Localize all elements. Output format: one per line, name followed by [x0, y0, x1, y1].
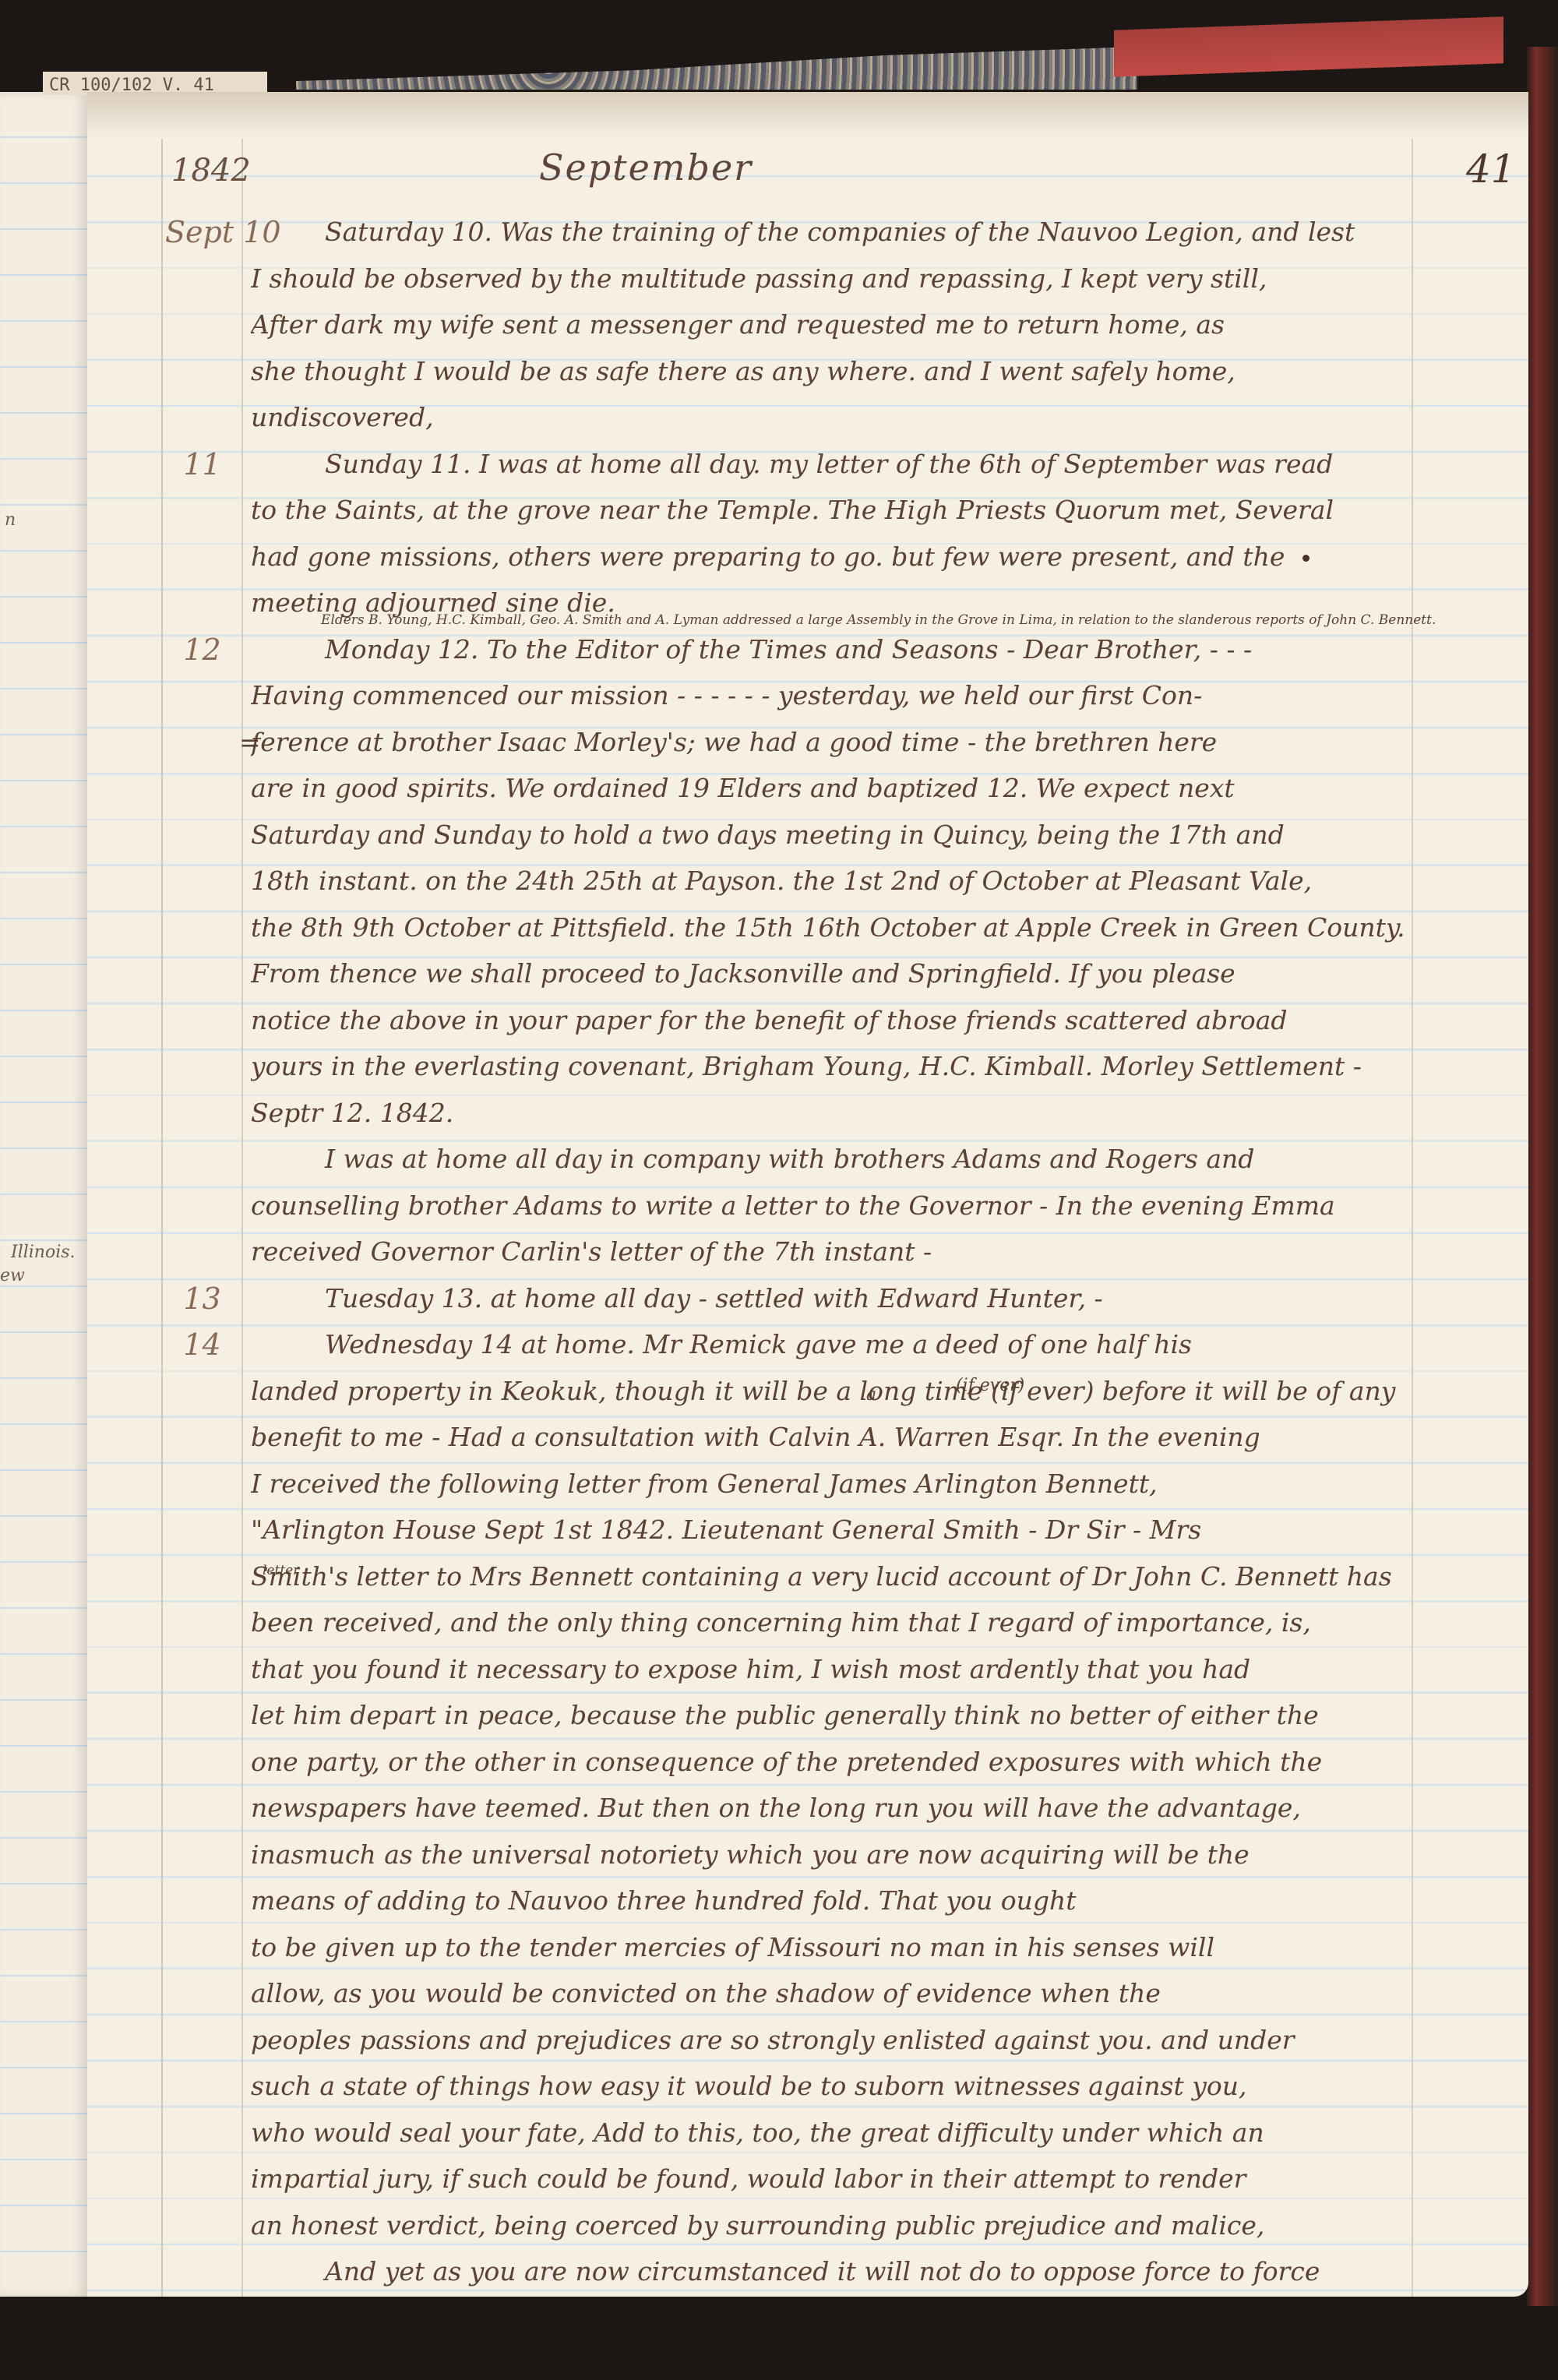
- journal-line: landed property in Keokuk, though it wil…: [87, 1372, 1528, 1419]
- left-page-note: n: [5, 510, 16, 530]
- line-text: allow, as you would be convicted on the …: [251, 1974, 1404, 2013]
- journal-line: "Arlington House Sept 1st 1842. Lieutena…: [87, 1511, 1528, 1557]
- header-month: September: [539, 146, 753, 189]
- journal-line: counselling brother Adams to write a let…: [87, 1186, 1528, 1233]
- line-text: peoples passions and prejudices are so s…: [251, 2021, 1404, 2060]
- line-text: ference at brother Isaac Morley's; we ha…: [251, 723, 1404, 762]
- journal-line: who would seal your fate, Add to this, t…: [87, 2114, 1528, 2160]
- journal-line: I should be observed by the multitude pa…: [87, 259, 1528, 306]
- line-text: impartial jury, if such could be found, …: [251, 2160, 1404, 2198]
- journal-line: Smith's letter to Mrs Bennett containing…: [87, 1557, 1528, 1604]
- interlinear-insert-if-ever: (if ever): [956, 1376, 1024, 1395]
- line-text: Tuesday 13. at home all day - settled wi…: [251, 1279, 1404, 1318]
- journal-line: means of adding to Nauvoo three hundred …: [87, 1881, 1528, 1928]
- journal-line: received Governor Carlin's letter of the…: [87, 1232, 1528, 1279]
- journal-line: After dark my wife sent a messenger and …: [87, 305, 1528, 352]
- line-text: one party, or the other in consequence o…: [251, 1743, 1404, 1782]
- line-text: Having commenced our mission - - - - - -…: [251, 676, 1404, 715]
- journal-line: And yet as you are now circumstanced it …: [87, 2252, 1528, 2299]
- journal-line: undiscovered,: [87, 398, 1528, 445]
- journal-line: yours in the everlasting covenant, Brigh…: [87, 1047, 1528, 1094]
- line-text: an honest verdict, being coerced by surr…: [251, 2206, 1404, 2245]
- line-text: are in good spirits. We ordained 19 Elde…: [251, 769, 1404, 808]
- line-text: inasmuch as the universal notoriety whic…: [251, 1835, 1404, 1874]
- book-spine-edge: [1527, 47, 1558, 2306]
- line-text: Sunday 11. I was at home all day. my let…: [251, 445, 1404, 484]
- journal-line: impartial jury, if such could be found, …: [87, 2160, 1528, 2206]
- ink-blot: [1302, 555, 1309, 562]
- interlinear-insert-a: a: [866, 1385, 876, 1405]
- line-text: received Governor Carlin's letter of the…: [251, 1232, 1404, 1271]
- line-text: I was at home all day in company with br…: [251, 1140, 1404, 1179]
- journal-line: one party, or the other in consequence o…: [87, 1743, 1528, 1789]
- line-text: And yet as you are now circumstanced it …: [251, 2252, 1404, 2291]
- line-text: Saturday 10. Was the training of the com…: [251, 213, 1404, 252]
- line-text: the 8th 9th October at Pittsfield. the 1…: [251, 908, 1404, 947]
- journal-line: benefit to me - Had a consultation with …: [87, 1418, 1528, 1465]
- line-text: Smith's letter to Mrs Bennett containing…: [251, 1557, 1404, 1596]
- line-text: landed property in Keokuk, though it wil…: [251, 1372, 1404, 1411]
- journal-line: such a state of things how easy it would…: [87, 2067, 1528, 2114]
- line-text: Monday 12. To the Editor of the Times an…: [251, 630, 1404, 669]
- journal-line: I received the following letter from Gen…: [87, 1465, 1528, 1511]
- journal-line: to the Saints, at the grove near the Tem…: [87, 491, 1528, 538]
- line-text: notice the above in your paper for the b…: [251, 1001, 1404, 1040]
- journal-line: 13Tuesday 13. at home all day - settled …: [87, 1279, 1528, 1326]
- line-text: to the Saints, at the grove near the Tem…: [251, 491, 1404, 530]
- left-page-note: Illinois.: [11, 1243, 76, 1262]
- journal-line: 14Wednesday 14 at home. Mr Remick gave m…: [87, 1325, 1528, 1372]
- journal-line: been received, and the only thing concer…: [87, 1603, 1528, 1650]
- journal-line: Saturday and Sunday to hold a two days m…: [87, 816, 1528, 862]
- journal-line: she thought I would be as safe there as …: [87, 352, 1528, 399]
- line-text: counselling brother Adams to write a let…: [251, 1186, 1404, 1225]
- line-text: Wednesday 14 at home. Mr Remick gave me …: [251, 1325, 1404, 1364]
- interlinear-note-elders: Elders B. Young, H.C. Kimball, Geo. A. S…: [321, 612, 1436, 628]
- journal-line: notice the above in your paper for the b…: [87, 1001, 1528, 1048]
- line-text: Saturday and Sunday to hold a two days m…: [251, 816, 1404, 855]
- line-text: to be given up to the tender mercies of …: [251, 1928, 1404, 1967]
- line-text: means of adding to Nauvoo three hundred …: [251, 1881, 1404, 1920]
- journal-line: to be given up to the tender mercies of …: [87, 1928, 1528, 1975]
- journal-line: Sept 10Saturday 10. Was the training of …: [87, 213, 1528, 259]
- journal-line: =ference at brother Isaac Morley's; we h…: [87, 723, 1528, 770]
- journal-line: that you found it necessary to expose hi…: [87, 1650, 1528, 1697]
- red-cover-edge: [1114, 16, 1503, 76]
- journal-line: Septr 12. 1842.: [87, 1094, 1528, 1141]
- margin-date: 14: [165, 1325, 239, 1364]
- line-text: benefit to me - Had a consultation with …: [251, 1418, 1404, 1457]
- margin-date: 11: [165, 445, 239, 484]
- journal-line: the 8th 9th October at Pittsfield. the 1…: [87, 908, 1528, 955]
- left-page-note: ew: [0, 1266, 25, 1285]
- line-text: that you found it necessary to expose hi…: [251, 1650, 1404, 1689]
- interlinear-insert-letter: letter: [263, 1563, 299, 1578]
- journal-line: 12Monday 12. To the Editor of the Times …: [87, 630, 1528, 677]
- journal-line: allow, as you would be convicted on the …: [87, 1974, 1528, 2021]
- journal-line: Having commenced our mission - - - - - -…: [87, 676, 1528, 723]
- journal-line: are in good spirits. We ordained 19 Elde…: [87, 769, 1528, 816]
- journal-text-body: Sept 10Saturday 10. Was the training of …: [87, 213, 1528, 2299]
- page-number: 41: [1466, 146, 1516, 192]
- line-text: let him depart in peace, because the pub…: [251, 1696, 1404, 1735]
- journal-line: 11Sunday 11. I was at home all day. my l…: [87, 445, 1528, 492]
- left-facing-page: n Illinois. ew: [0, 92, 87, 2297]
- journal-line: From thence we shall proceed to Jacksonv…: [87, 954, 1528, 1001]
- journal-line: newspapers have teemed. But then on the …: [87, 1789, 1528, 1835]
- line-text: she thought I would be as safe there as …: [251, 352, 1404, 391]
- journal-line: had gone missions, others were preparing…: [87, 538, 1528, 584]
- journal-line: an honest verdict, being coerced by surr…: [87, 2206, 1528, 2253]
- journal-page: 1842 September 41 Sept 10Saturday 10. Wa…: [87, 92, 1528, 2297]
- line-text: Septr 12. 1842.: [251, 1094, 1404, 1133]
- margin-date: 13: [165, 1279, 239, 1318]
- line-text: undiscovered,: [251, 398, 1404, 437]
- journal-line: inasmuch as the universal notoriety whic…: [87, 1835, 1528, 1882]
- journal-line: 18th instant. on the 24th 25th at Payson…: [87, 862, 1528, 908]
- line-text: After dark my wife sent a messenger and …: [251, 305, 1404, 344]
- marbled-board-edge: [296, 47, 1137, 90]
- line-text: 18th instant. on the 24th 25th at Payson…: [251, 862, 1404, 901]
- header-year: 1842: [171, 153, 251, 189]
- journal-line: peoples passions and prejudices are so s…: [87, 2021, 1528, 2068]
- line-text: yours in the everlasting covenant, Brigh…: [251, 1047, 1404, 1086]
- line-text: I received the following letter from Gen…: [251, 1465, 1404, 1504]
- line-text: been received, and the only thing concer…: [251, 1603, 1404, 1642]
- line-text: had gone missions, others were preparing…: [251, 538, 1404, 576]
- line-text: who would seal your fate, Add to this, t…: [251, 2114, 1404, 2153]
- line-text: I should be observed by the multitude pa…: [251, 259, 1404, 298]
- line-text: newspapers have teemed. But then on the …: [251, 1789, 1404, 1828]
- margin-date: 12: [165, 630, 239, 669]
- line-text: such a state of things how easy it would…: [251, 2067, 1404, 2106]
- margin-date: Sept 10: [165, 213, 239, 252]
- line-text: From thence we shall proceed to Jacksonv…: [251, 954, 1404, 993]
- line-text: "Arlington House Sept 1st 1842. Lieutena…: [251, 1511, 1404, 1550]
- journal-line: I was at home all day in company with br…: [87, 1140, 1528, 1186]
- journal-line: let him depart in peace, because the pub…: [87, 1696, 1528, 1743]
